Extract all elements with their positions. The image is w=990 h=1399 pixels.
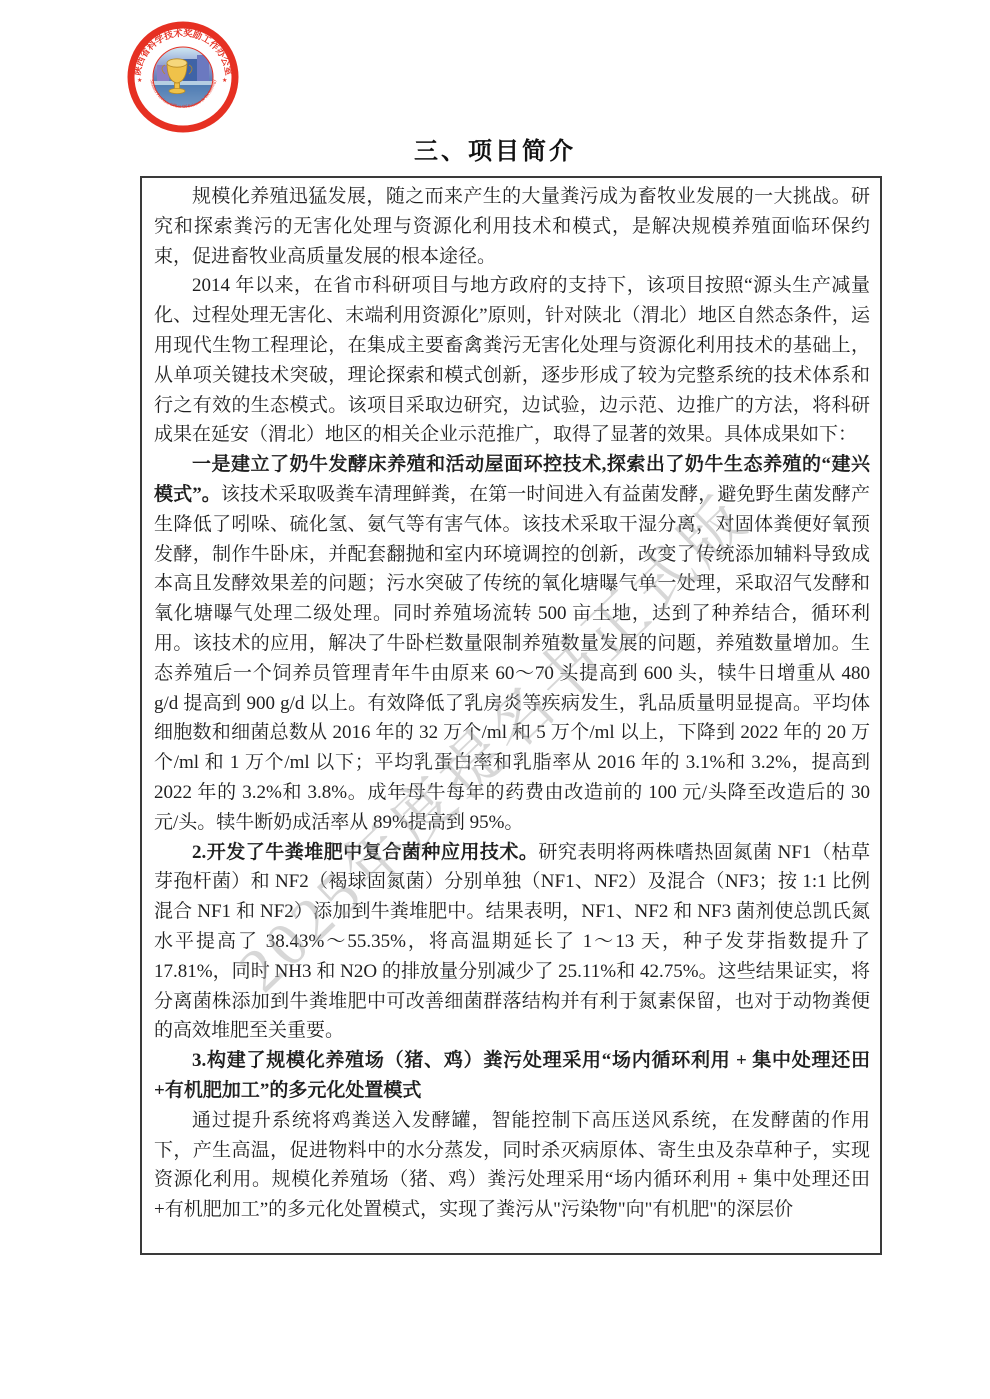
seal-graphic: 陕西省科学技术奖励工作办公室 Shaanxi Province Office O… bbox=[127, 21, 239, 133]
text-run: 2014 年以来，在省市科研项目与地方政府的支持下，该项目按照“源头生产减量化、… bbox=[154, 275, 870, 445]
paragraph: 2014 年以来，在省市科研项目与地方政府的支持下，该项目按照“源头生产减量化、… bbox=[154, 271, 870, 450]
text-run: 规模化养殖迅猛发展，随之而来产生的大量粪污成为畜牧业发展的一大挑战。研究和探索粪… bbox=[154, 186, 870, 267]
bold-run: 2.开发了牛粪堆肥中复合菌种应用技术。 bbox=[192, 842, 538, 863]
paragraph: 一是建立了奶牛发酵床养殖和活动屋面环控技术,探索出了奶牛生态养殖的“建兴模式”。… bbox=[154, 450, 870, 837]
text-run: 通过提升系统将鸡粪送入发酵罐，智能控制下高压送风系统，在发酵菌的作用下，产生高温… bbox=[154, 1110, 870, 1220]
page-title: 三、项目简介 bbox=[0, 131, 990, 166]
body-text: 规模化养殖迅猛发展，随之而来产生的大量粪污成为畜牧业发展的一大挑战。研究和探索粪… bbox=[154, 182, 870, 1225]
paragraph: 规模化养殖迅猛发展，随之而来产生的大量粪污成为畜牧业发展的一大挑战。研究和探索粪… bbox=[154, 182, 870, 271]
text-run: 该技术采取吸粪车清理鲜粪，在第一时间进入有益菌发酵，避免野生菌发酵产生降低了吲哚… bbox=[154, 484, 870, 833]
paragraph: 通过提升系统将鸡粪送入发酵罐，智能控制下高压送风系统，在发酵菌的作用下，产生高温… bbox=[154, 1106, 870, 1225]
paragraph: 2.开发了牛粪堆肥中复合菌种应用技术。研究表明将两株嗜热固氮菌 NF1（枯草芽孢… bbox=[154, 838, 870, 1047]
text-run: 研究表明将两株嗜热固氮菌 NF1（枯草芽孢杆菌）和 NF2（褐球固氮菌）分别单独… bbox=[154, 842, 870, 1042]
seal-star-right: ★ bbox=[222, 77, 227, 84]
bold-run: 3.构建了规模化养殖场（猪、鸡）粪污处理采用“场内循环利用 + 集中处理还田 +… bbox=[154, 1050, 870, 1101]
seal-star-left: ★ bbox=[137, 77, 142, 84]
paragraph: 3.构建了规模化养殖场（猪、鸡）粪污处理采用“场内循环利用 + 集中处理还田 +… bbox=[154, 1046, 870, 1106]
page-root: { "page": { "title": "三、项目简介", "watermar… bbox=[0, 0, 990, 1399]
award-office-seal: 陕西省科学技术奖励工作办公室 Shaanxi Province Office O… bbox=[127, 21, 239, 133]
content-box: 规模化养殖迅猛发展，随之而来产生的大量粪污成为畜牧业发展的一大挑战。研究和探索粪… bbox=[140, 176, 882, 1255]
